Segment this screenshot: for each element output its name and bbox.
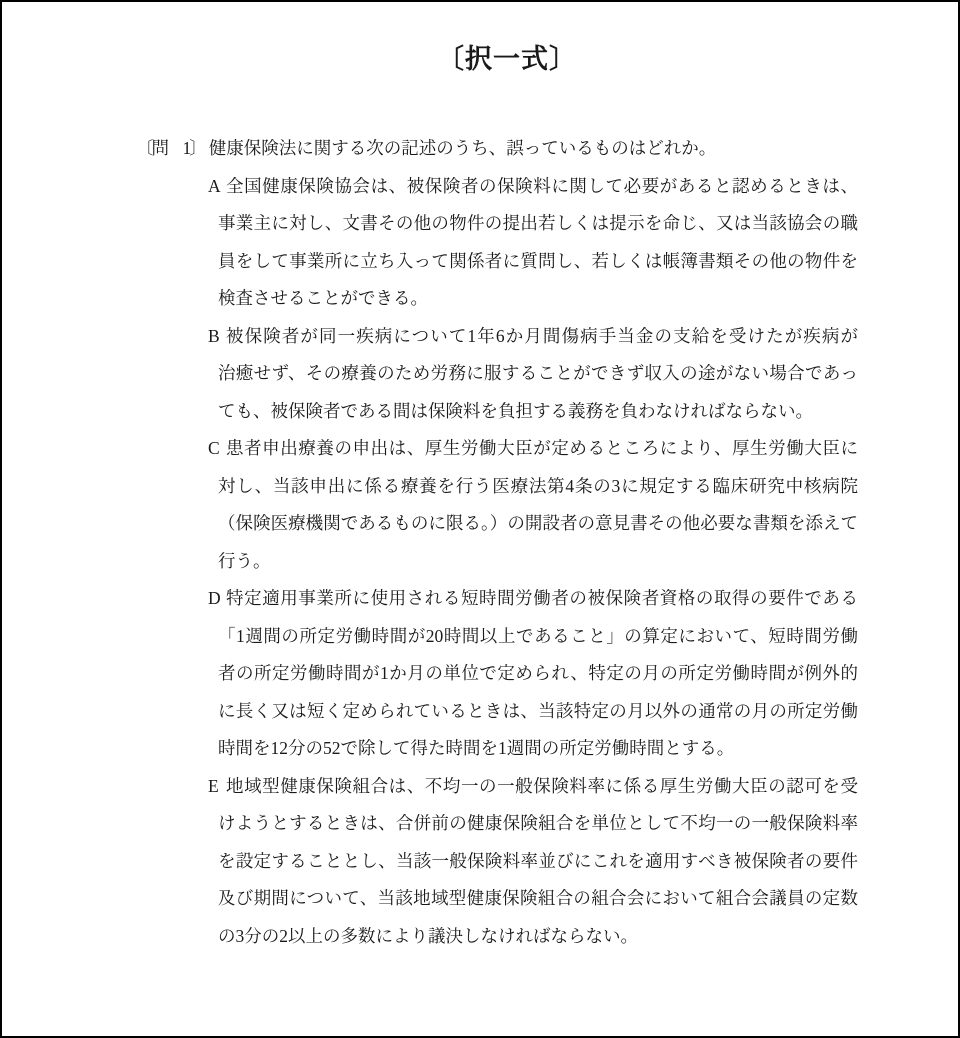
option-text-line: 事業主に対し、文書その他の物件の提出若しくは提示を命じ、又は当該協会の職 bbox=[218, 205, 858, 243]
option-text-line: 治癒せず、その療養のため労務に服することができず収入の途がない場合であっ bbox=[218, 355, 858, 393]
option-text-line: ても、被保険者である間は保険料を負担する義務を負わなければならない。 bbox=[218, 393, 858, 431]
option-A: A 全国健康保険協会は、被保険者の保険料に関して必要があると認めるときは、事業主… bbox=[218, 168, 958, 318]
option-text-line: （保険医療機関であるものに限る。）の開設者の意見書その他必要な書類を添えて bbox=[218, 505, 858, 543]
option-body: 地域型健康保険組合は、不均一の一般保険料率に係る厚生労働大臣の認可を受けようとす… bbox=[218, 768, 858, 956]
option-text-line: けようとするときは、合併前の健康保険組合を単位として不均一の一般保険料率 bbox=[218, 805, 858, 843]
option-text-line: 員をして事業所に立ち入って関係者に質問し、若しくは帳簿書類その他の物件を bbox=[218, 243, 858, 281]
option-text-line: 患者申出療養の申出は、厚生労働大臣が定めるところにより、厚生労働大臣に bbox=[218, 430, 858, 468]
option-text-line: 全国健康保険協会は、被保険者の保険料に関して必要があると認めるときは、 bbox=[218, 168, 858, 206]
option-text-line: に長く又は短く定められているときは、当該特定の月以外の通常の月の所定労働 bbox=[218, 693, 858, 731]
option-text-line: を設定することとし、当該一般保険料率並びにこれを適用すべき被保険者の要件 bbox=[218, 843, 858, 881]
option-letter: E bbox=[208, 768, 219, 806]
option-E: E 地域型健康保険組合は、不均一の一般保険料率に係る厚生労働大臣の認可を受けよう… bbox=[218, 768, 958, 956]
option-text-line: 地域型健康保険組合は、不均一の一般保険料率に係る厚生労働大臣の認可を受 bbox=[218, 768, 858, 806]
options-list: A 全国健康保険協会は、被保険者の保険料に関して必要があると認めるときは、事業主… bbox=[2, 168, 958, 956]
option-D: D 特定適用事業所に使用される短時間労働者の被保険者資格の取得の要件である「1週… bbox=[218, 580, 958, 768]
option-letter: D bbox=[208, 580, 221, 618]
question-stem: 〔問 1〕健康保険法に関する次の記述のうち、誤っているものはどれか。 bbox=[136, 130, 958, 168]
question-text: 健康保険法に関する次の記述のうち、誤っているものはどれか。 bbox=[209, 138, 717, 158]
option-text-line: 者の所定労働時間が1か月の単位で定められ、特定の月の所定労働時間が例外的 bbox=[218, 655, 858, 693]
option-text-line: 被保険者が同一疾病について1年6か月間傷病手当金の支給を受けたが疾病が bbox=[218, 318, 858, 356]
option-text-line: 検査させることができる。 bbox=[218, 280, 858, 318]
option-text-line: 特定適用事業所に使用される短時間労働者の被保険者資格の取得の要件である bbox=[218, 580, 858, 618]
section-title: 〔択一式〕 bbox=[29, 38, 960, 80]
option-letter: C bbox=[208, 430, 220, 468]
option-body: 患者申出療養の申出は、厚生労働大臣が定めるところにより、厚生労働大臣に対し、当該… bbox=[218, 430, 858, 580]
option-body: 全国健康保険協会は、被保険者の保険料に関して必要があると認めるときは、事業主に対… bbox=[218, 168, 858, 318]
option-text-line: 対し、当該申出に係る療養を行う医療法第4条の3に規定する臨床研究中核病院 bbox=[218, 468, 858, 506]
option-text-line: 行う。 bbox=[218, 543, 858, 581]
option-text-line: の3分の2以上の多数により議決しなければならない。 bbox=[218, 918, 858, 956]
question-number-label: 〔問 1〕 bbox=[136, 138, 205, 158]
option-letter: A bbox=[208, 168, 221, 206]
option-letter: B bbox=[208, 318, 220, 356]
option-body: 被保険者が同一疾病について1年6か月間傷病手当金の支給を受けたが疾病が治癒せず、… bbox=[218, 318, 858, 431]
option-B: B 被保険者が同一疾病について1年6か月間傷病手当金の支給を受けたが疾病が治癒せ… bbox=[218, 318, 958, 431]
option-text-line: 及び期間について、当該地域型健康保険組合の組合会において組合会議員の定数 bbox=[218, 880, 858, 918]
option-text-line: 時間を12分の52で除して得た時間を1週間の所定労働時間とする。 bbox=[218, 730, 858, 768]
option-C: C 患者申出療養の申出は、厚生労働大臣が定めるところにより、厚生労働大臣に対し、… bbox=[218, 430, 958, 580]
option-text-line: 「1週間の所定労働時間が20時間以上であること」の算定において、短時間労働 bbox=[218, 618, 858, 656]
option-body: 特定適用事業所に使用される短時間労働者の被保険者資格の取得の要件である「1週間の… bbox=[218, 580, 858, 768]
exam-page: 〔択一式〕 〔問 1〕健康保険法に関する次の記述のうち、誤っているものはどれか。… bbox=[0, 0, 960, 1038]
